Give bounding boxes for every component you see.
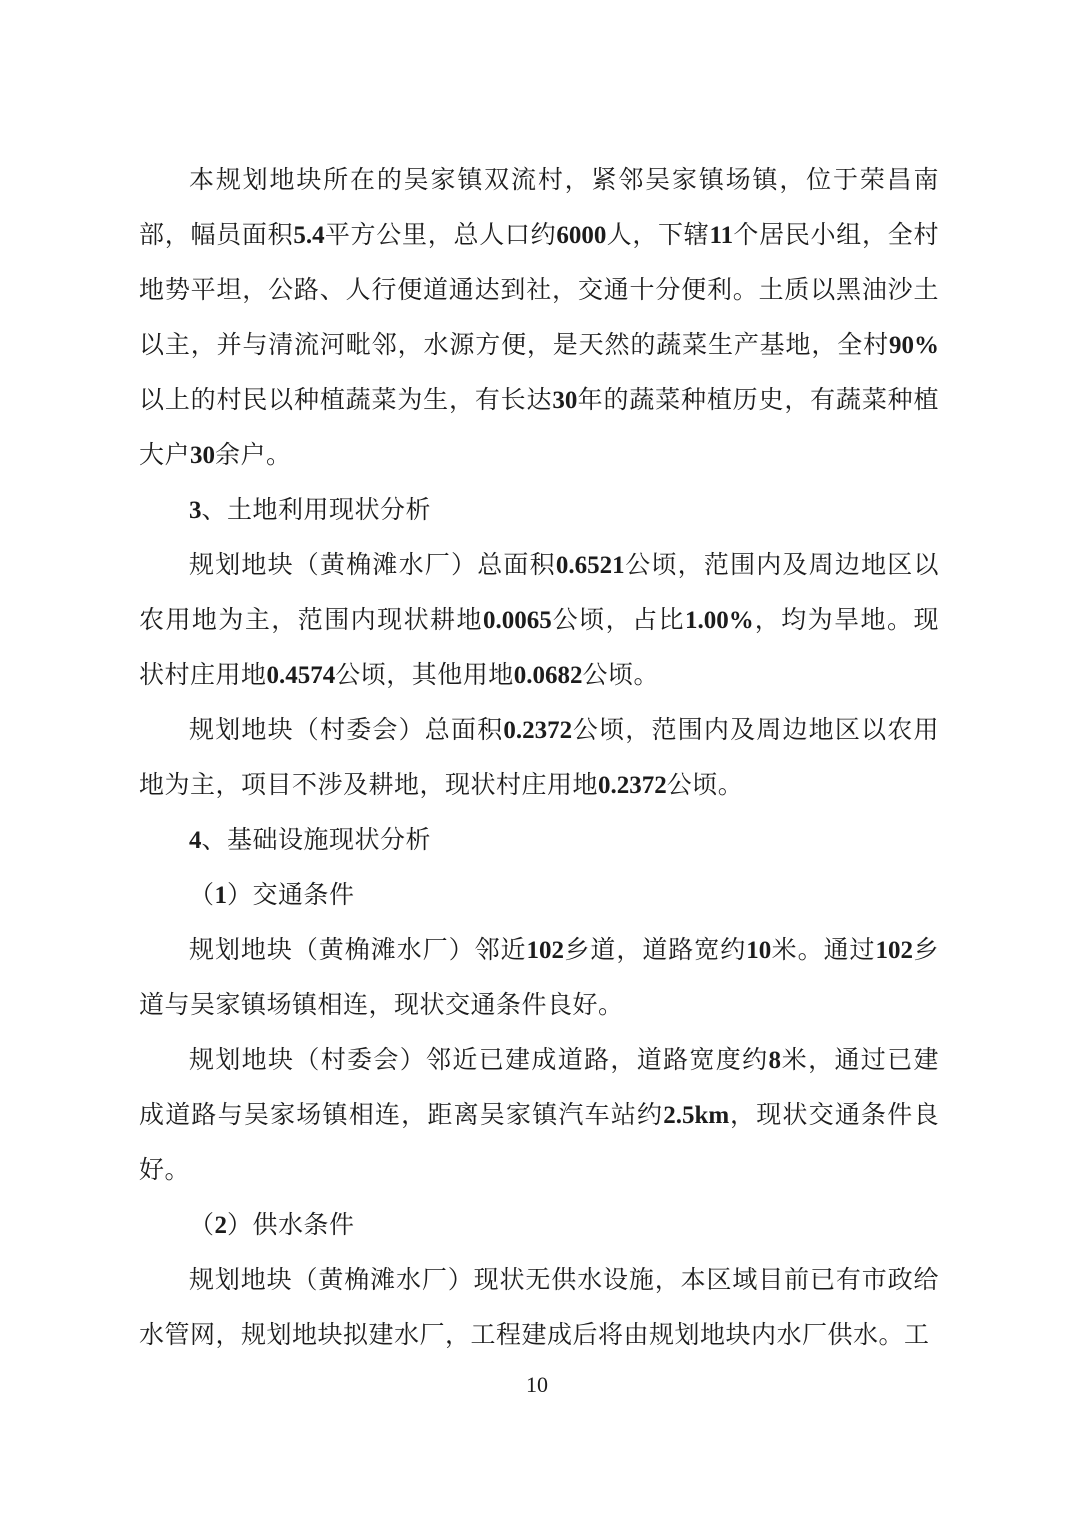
document-body: 本规划地块所在的吴家镇双流村，紧邻吴家镇场镇，位于荣昌南部，幅员面积5.4平方公… (139, 153, 939, 1363)
paragraph: 规划地块（村委会）总面积0.2372公顷，范围内及周边地区以农用地为主，项目不涉… (139, 703, 939, 813)
paragraph: 规划地块（村委会）邻近已建成道路，道路宽度约8米，通过已建成道路与吴家场镇相连，… (139, 1033, 939, 1198)
paragraph: 规划地块（黄桷滩水厂）邻近102乡道，道路宽约10米。通过102乡道与吴家镇场镇… (139, 923, 939, 1033)
paragraph: 规划地块（黄桷滩水厂）总面积0.6521公顷，范围内及周边地区以农用地为主，范围… (139, 538, 939, 703)
paragraph: 3、土地利用现状分析 (139, 483, 939, 538)
paragraph: 本规划地块所在的吴家镇双流村，紧邻吴家镇场镇，位于荣昌南部，幅员面积5.4平方公… (139, 153, 939, 483)
paragraph: 4、基础设施现状分析 (139, 813, 939, 868)
paragraph: （2）供水条件 (139, 1198, 939, 1253)
paragraph: （1）交通条件 (139, 868, 939, 923)
page-number: 10 (0, 1372, 1074, 1398)
document-page: 本规划地块所在的吴家镇双流村，紧邻吴家镇场镇，位于荣昌南部，幅员面积5.4平方公… (0, 0, 1074, 1520)
paragraph: 规划地块（黄桷滩水厂）现状无供水设施，本区域目前已有市政给水管网，规划地块拟建水… (139, 1253, 939, 1363)
